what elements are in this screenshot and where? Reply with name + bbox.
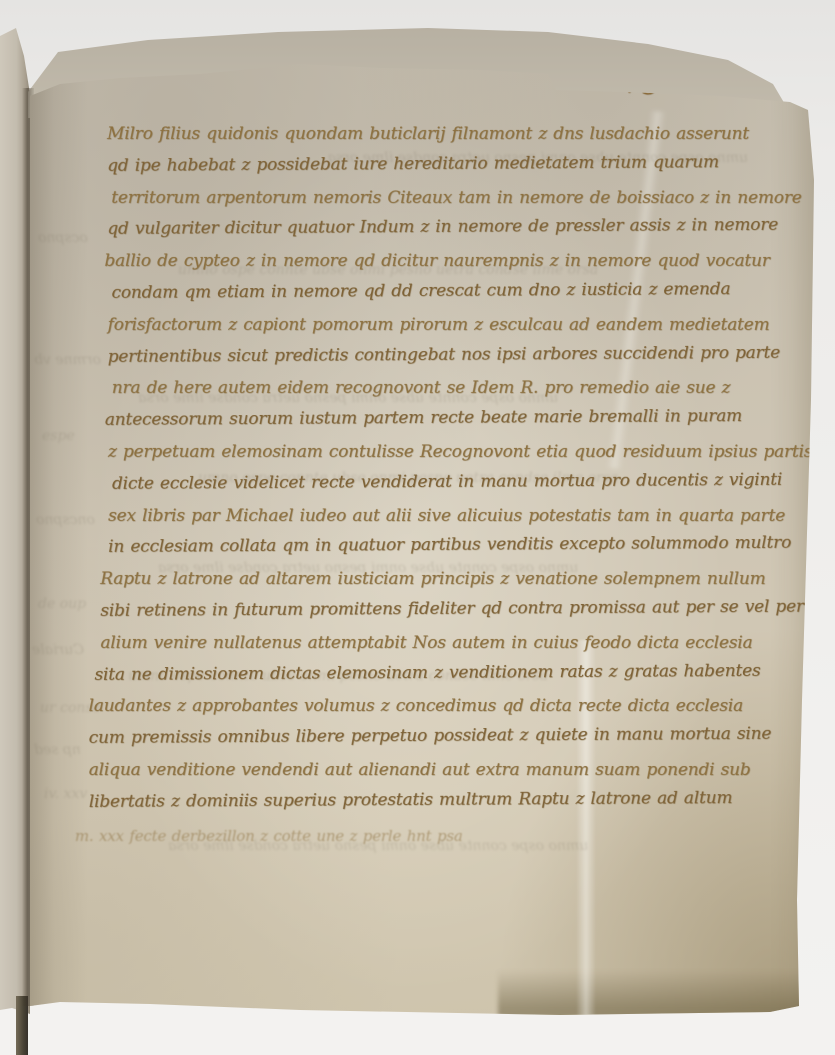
text-block: Milro filius quidonis quondam buticlarij…: [107, 117, 803, 852]
manuscript-line: antecessorum suorum iustum partem recte …: [105, 401, 802, 437]
showthrough-text: np sed: [34, 742, 81, 758]
manuscript-line: condam qm etiam in nemore qd dd crescat …: [111, 274, 801, 310]
manuscript-line: sita ne dimissionem dictas elemosinam z …: [94, 655, 802, 691]
faded-marginal-line: m. xxx fecte derbezillon z cotte une z p…: [75, 821, 803, 853]
manuscript-line: ballio de cypteo z in nemore qd dicitur …: [104, 246, 801, 278]
manuscript-line: cum premissis omnibus libere perpetuo po…: [89, 719, 803, 755]
manuscript-line: forisfactorum z capiont pomorum pirorum …: [108, 310, 802, 342]
manuscript-line: z perpetuam elemosinam contulisse Recogn…: [108, 437, 802, 469]
manuscript-line: sibi retinens in futurum promittens fide…: [100, 592, 802, 628]
manuscript-line: qd vulgariter dicitur quatuor Indum z in…: [107, 210, 801, 246]
manuscript-line: Milro filius quidonis quondam buticlarij…: [107, 119, 801, 151]
manuscript-line: aliqua venditione vendendi aut alienandi…: [89, 755, 803, 787]
manuscript-line: Raptu z latrone ad altarem iusticiam pri…: [100, 564, 802, 596]
page-edge-smudge-bottom: [498, 970, 818, 1018]
showthrough-text: ormne vb: [34, 352, 101, 368]
manuscript-line: qd ipe habebat z possidebat iure heredit…: [107, 146, 801, 182]
photo-backdrop: 75 ocspno ormne vb espe oncspno de oup C…: [0, 0, 835, 1055]
manuscript-page: 75 ocspno ormne vb espe oncspno de oup C…: [28, 0, 820, 1022]
manuscript-line: dicte ecclesie videlicet recte vendidera…: [112, 464, 802, 500]
manuscript-line: pertinentibus sicut predictis contingeba…: [108, 337, 802, 373]
showthrough-text: de oup: [38, 596, 86, 612]
manuscript-line: alium venire nullatenus attemptabit Nos …: [100, 628, 802, 660]
showthrough-text: espe: [42, 428, 75, 444]
showthrough-text: iv. xxv: [44, 786, 87, 802]
manuscript-line: in ecclesiam collata qm in quatuor parti…: [108, 528, 802, 564]
showthrough-text: Curiale: [32, 642, 84, 658]
showthrough-text: oncspno: [36, 512, 95, 528]
manuscript-line: libertatis z dominiis superius protestat…: [89, 782, 803, 818]
showthrough-text: ocspno: [38, 230, 88, 246]
